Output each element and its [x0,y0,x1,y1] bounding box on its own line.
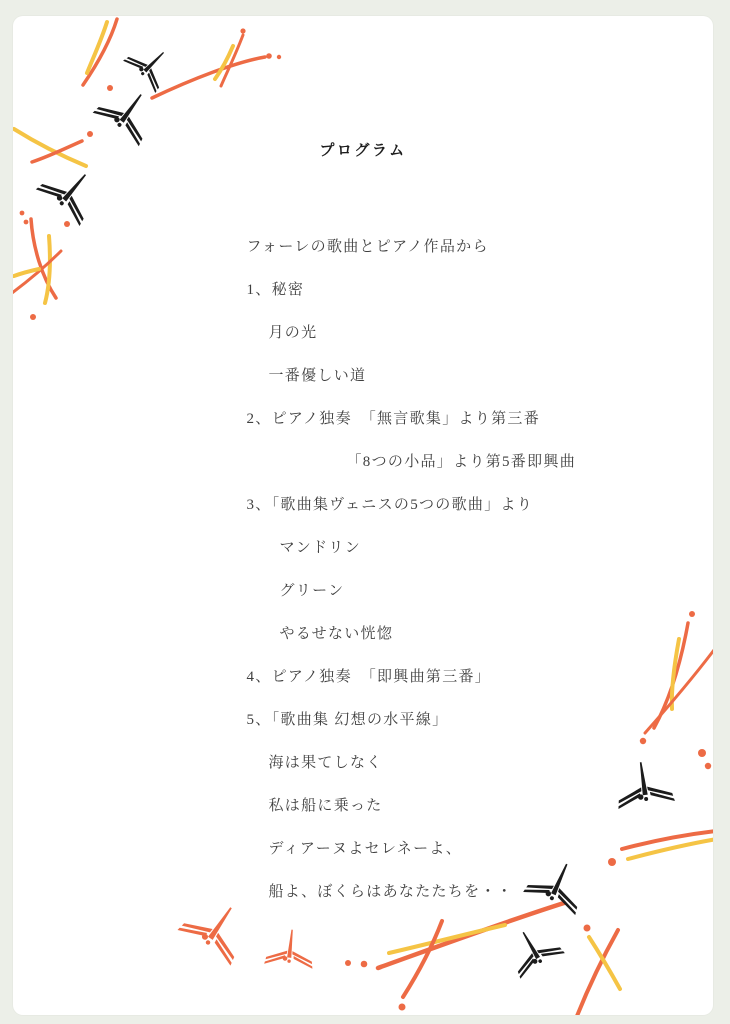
dragonfly-icon [501,919,565,978]
program-line-text: ディアーヌよセレネーよ、 [269,841,463,857]
program-line-text: 3、「歌曲集ヴェニスの5つの歌曲」より [247,497,534,513]
program-sheet: プログラム フォーレの歌曲とピアノ作品から 1、秘密 月の光 一番優しい道 2、… [13,16,713,1015]
dragonfly-icon [264,927,316,969]
program-line-text: 1、秘密 [247,282,305,298]
program-line-text: グリーン [280,583,345,599]
program-line-text: 一番優しい道 [269,368,367,384]
program-line-text: 2、ピアノ独奏 「無言歌集」より第三番 [247,411,541,427]
dragonfly-icon [123,36,180,93]
program-line-text: 5、「歌曲集 幻想の水平線」 [247,712,449,728]
program-line-text: 海は果てしなく [269,755,383,771]
program-line-text: フォーレの歌曲とピアノ作品から [247,239,489,255]
program-line-text: 船よ、ぼくらはあなたたちを・・ [269,884,514,900]
program-line-text: 「8つの小品」より第5番即興曲 [347,454,577,470]
program-line-text: 月の光 [269,325,318,341]
dragonfly-icon [36,156,107,226]
program-line-text: 4、ピアノ独奏 「即興曲第三番」 [247,669,492,685]
document-page: プログラム フォーレの歌曲とピアノ作品から 1、秘密 月の光 一番優しい道 2、… [0,0,730,1024]
program-line-text: 私は船に乗った [269,798,383,814]
program-line-text: マンドリン [280,540,362,556]
program-line-text: やるせない恍惚 [280,626,394,642]
program-line: フォーレの歌曲とピアノ作品から [196,183,713,226]
program-list: フォーレの歌曲とピアノ作品から 1、秘密 月の光 一番優しい道 2、ピアノ独奏 … [196,183,713,871]
program-title: プログラム [13,143,713,159]
